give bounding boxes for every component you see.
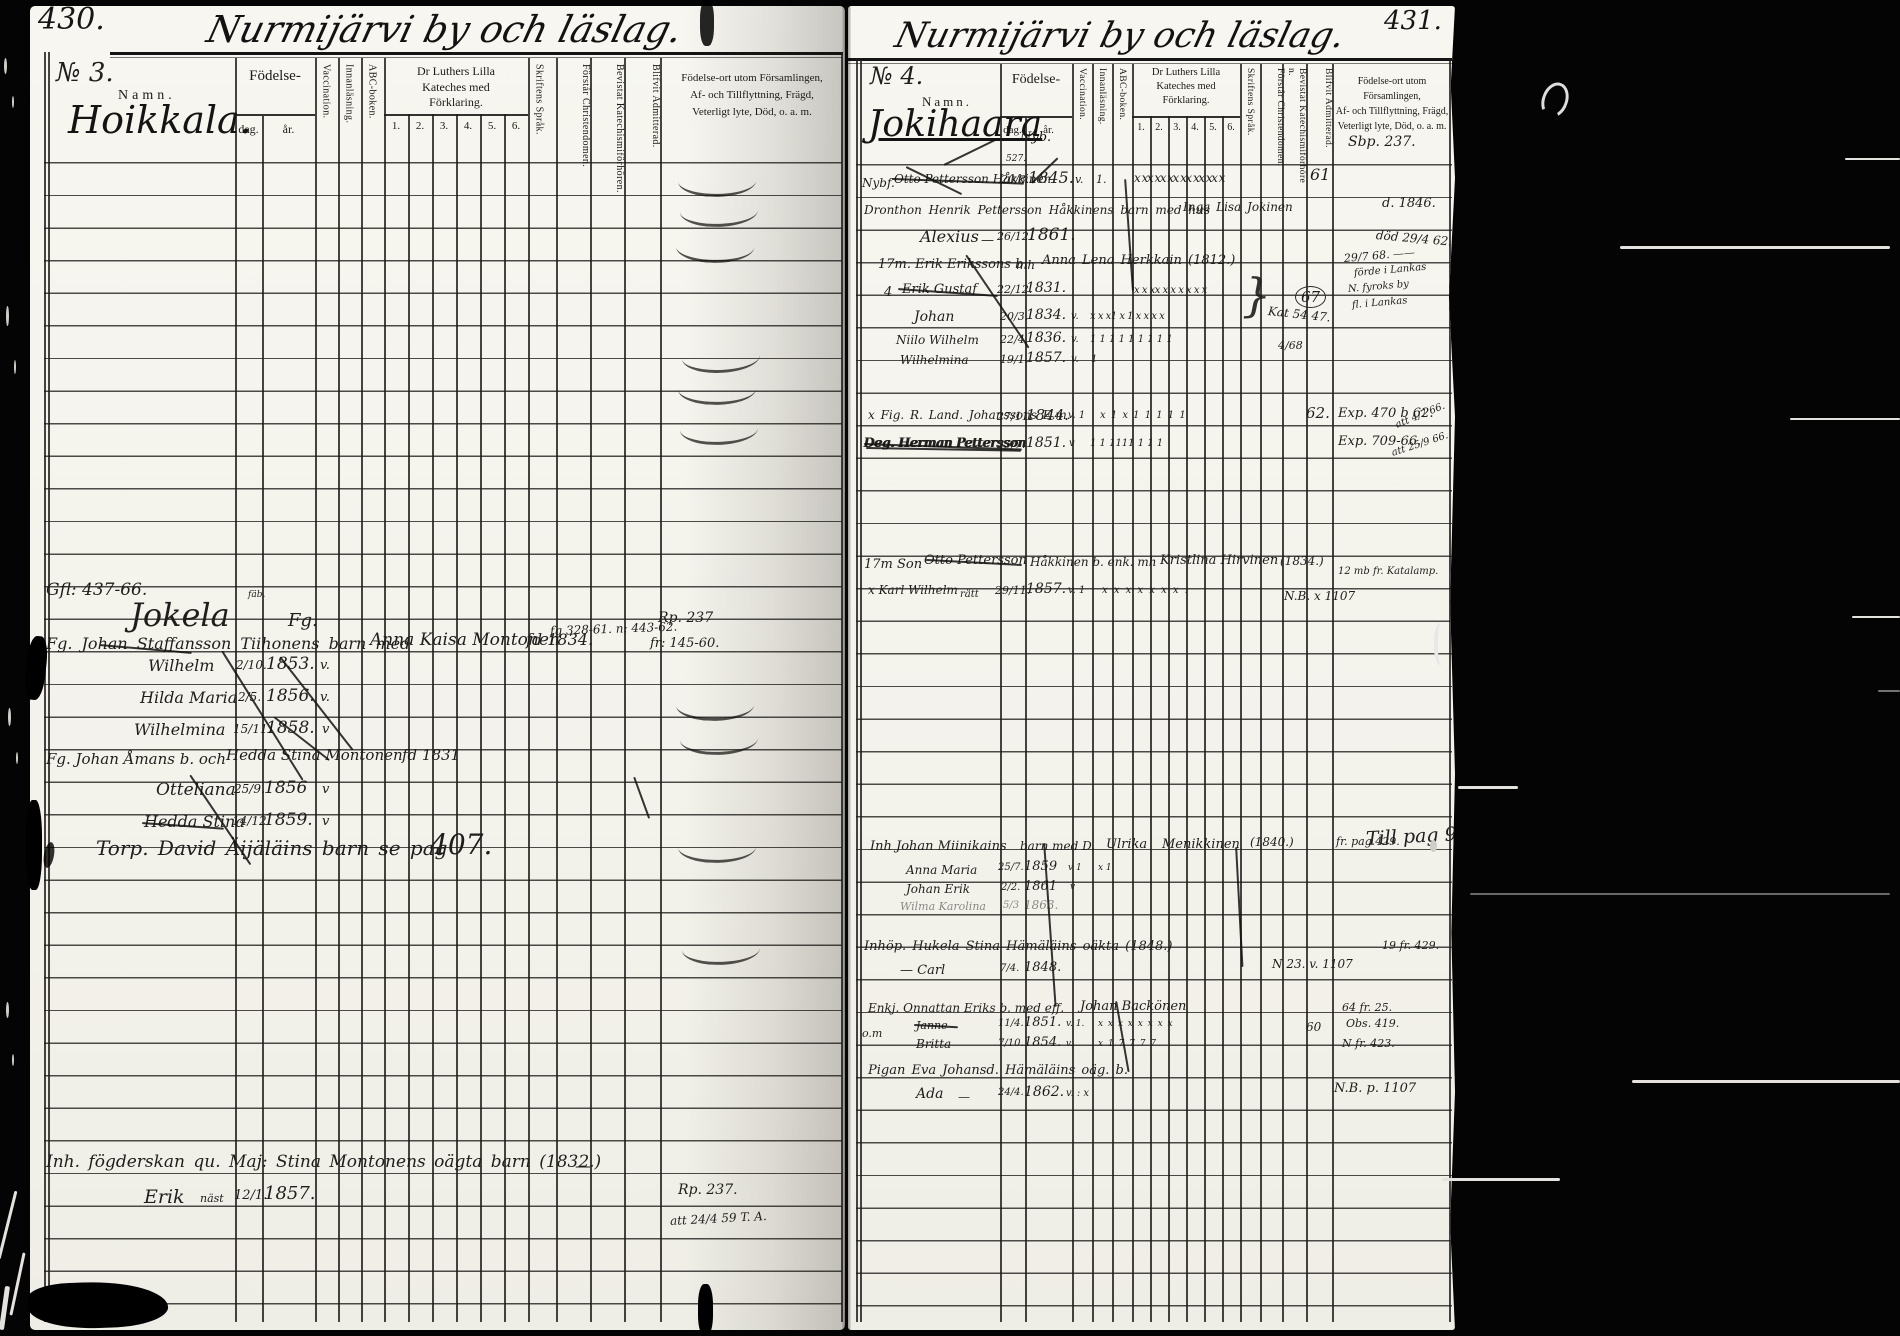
handwritten-entry: — bbox=[981, 233, 994, 248]
column-line bbox=[1332, 64, 1334, 1322]
handwritten-entry: fr: 145-60. bbox=[650, 636, 719, 651]
column-line bbox=[1260, 64, 1262, 1322]
fodelse-divider bbox=[1000, 116, 1072, 118]
handwritten-entry: v 1 bbox=[1068, 863, 1082, 873]
handwritten-entry: v bbox=[322, 814, 329, 829]
handwritten-entry: Niilo Wilhelm bbox=[896, 333, 979, 347]
handwritten-entry: Inh Johan Miinikains bbox=[870, 839, 1007, 854]
handwritten-entry: Johan bbox=[914, 309, 954, 325]
katekes-col-3: 3. bbox=[1168, 122, 1186, 133]
scratch-bracket bbox=[1434, 622, 1450, 666]
scratch bbox=[1845, 158, 1900, 160]
speck bbox=[4, 58, 7, 74]
fodelseort-line: Veterligt lyte, Död, o. a. m. bbox=[662, 104, 842, 121]
page-number-left: 430. bbox=[38, 2, 105, 37]
handwritten-entry: Rp. 237. bbox=[678, 1182, 738, 1198]
handwritten-entry: 1 1 1 1 1 1 1 1 1 bbox=[1090, 334, 1173, 345]
handwritten-entry: x x x x x x x : bbox=[1102, 585, 1188, 596]
handwritten-entry: x 1 bbox=[1098, 863, 1112, 873]
handwritten-entry: Ulrika bbox=[1106, 837, 1147, 852]
handwritten-entry: rätt bbox=[960, 589, 979, 600]
column-line bbox=[456, 114, 458, 1322]
scratch-curl bbox=[1537, 79, 1574, 122]
handwritten-entry: 7/4. bbox=[1000, 963, 1019, 974]
handwritten-entry: 527. bbox=[1006, 154, 1026, 164]
handwritten-entry: Sbp. 237. bbox=[1348, 134, 1416, 150]
katekes-line: Dr Luthers Lilla bbox=[1133, 66, 1239, 80]
handwritten-entry: v bbox=[322, 722, 329, 737]
katekes-line: Kateches med bbox=[1133, 80, 1239, 94]
handwritten-entry: Hedda Stina bbox=[144, 812, 245, 831]
handwritten-entry: v. : x bbox=[1066, 1088, 1089, 1099]
handwritten-entry: Fg. Johan Åmans b. och bbox=[46, 750, 226, 768]
handwritten-entry: Wilma Karolina bbox=[900, 900, 986, 913]
scratch bbox=[1458, 786, 1518, 789]
column-line bbox=[556, 58, 558, 1322]
handwritten-entry: v. 1 bbox=[1068, 585, 1085, 596]
handwritten-entry: Johan Erik bbox=[906, 882, 970, 896]
handwritten-entry: 1859 bbox=[1024, 859, 1057, 874]
handwritten-entry: 1856. bbox=[266, 686, 315, 706]
handwritten-entry: Dronthon Henrik Pettersson Håkkinens bar… bbox=[864, 203, 1210, 217]
handwritten-entry: 1848. bbox=[1024, 960, 1061, 975]
left-page: 430. Nurmijärvi by och läslag. № 3. Namn… bbox=[30, 6, 845, 1330]
column-line bbox=[432, 114, 434, 1322]
fodelseort-line: Födelse-ort utom Församlingen, bbox=[1334, 74, 1450, 104]
handwritten-entry: 1857. bbox=[1026, 581, 1066, 597]
handwritten-entry: d. 1846. bbox=[1382, 196, 1436, 211]
handwritten-entry: 1863. bbox=[1024, 898, 1058, 912]
page-title-right: Nurmijärvi by och läslag. bbox=[891, 16, 1349, 56]
speck bbox=[12, 96, 14, 108]
column-header-katekes: Dr Luthers Lilla Kateches med Förklaring… bbox=[1133, 66, 1239, 109]
handwritten-entry: 1862. bbox=[1024, 1084, 1064, 1100]
handwritten-entry: Inh. fögderskan qu. Maj: Stina Montonens… bbox=[46, 1152, 601, 1172]
column-line bbox=[1204, 116, 1206, 1322]
handwritten-entry: Jokela bbox=[130, 596, 230, 634]
handwritten-entry: mh bbox=[1016, 258, 1035, 272]
handwritten-entry: Johan Backönen bbox=[1080, 999, 1186, 1014]
handwritten-entry: 1851. bbox=[1024, 1015, 1061, 1030]
speck bbox=[8, 708, 11, 726]
handwritten-entry: fd 1831 bbox=[402, 746, 460, 764]
handwritten-entry: Inhöp. Hukela Stina Hämäläins oäkta (184… bbox=[864, 939, 1173, 954]
handwritten-entry: x Karl Wilhelm bbox=[868, 583, 958, 597]
fodelseort-line: Veterligt lyte, Död, o. a. m. bbox=[1334, 119, 1450, 134]
handwritten-entry: 1851. bbox=[1026, 435, 1066, 451]
handwritten-entry: Wilhelm bbox=[148, 656, 214, 675]
handwritten-entry: Menikkinen bbox=[1162, 837, 1240, 852]
fodelseort-line: Födelse-ort utom Församlingen, bbox=[662, 70, 842, 87]
column-header-fodelseort: Födelse-ort utom Församlingen, Af- och T… bbox=[662, 70, 842, 121]
speck bbox=[16, 752, 18, 764]
handwritten-entry: 2/10. bbox=[236, 658, 267, 672]
speck bbox=[14, 360, 16, 374]
handwritten-entry: 1859. bbox=[264, 810, 313, 830]
handwritten-entry: Wilhelmina bbox=[134, 720, 225, 739]
handwritten-entry: Håkkinen b. enk. mh bbox=[1030, 555, 1157, 569]
handwritten-entry: Enkj. Onnattan Eriks b. med eff. bbox=[868, 1001, 1064, 1015]
column-line bbox=[1222, 116, 1224, 1322]
handwritten-entry: 1861. bbox=[1027, 225, 1076, 245]
handwritten-entry: Kristlina Hirvinen bbox=[1160, 553, 1278, 568]
handwritten-entry: 17m Son bbox=[864, 557, 922, 572]
scratch bbox=[1878, 690, 1900, 692]
handwritten-entry: 1 1 1111 1 1 1 bbox=[1090, 438, 1163, 449]
handwritten-entry: barn med D. bbox=[1020, 839, 1095, 853]
column-line bbox=[528, 58, 530, 1322]
handwritten-entry: 19 fr. 429. bbox=[1382, 939, 1439, 952]
handwritten-entry: x 1 7 7 7 7 bbox=[1098, 1039, 1156, 1049]
katekes-line: Kateches med bbox=[386, 80, 526, 96]
column-header-fodelse: Födelse- bbox=[235, 68, 315, 85]
column-line bbox=[1306, 64, 1308, 1322]
scratch bbox=[1442, 1178, 1560, 1181]
handwritten-entry: Wilhelmina bbox=[900, 353, 969, 367]
column-line bbox=[1168, 116, 1170, 1322]
column-line bbox=[590, 58, 592, 1322]
handwritten-entry: x x x x x x x x bbox=[1098, 1019, 1173, 1029]
right-page: 431. Nurmijärvi by och läslag. № 4. Namn… bbox=[848, 6, 1455, 1330]
column-line bbox=[361, 58, 363, 1322]
scratch bbox=[1632, 1080, 1900, 1083]
handwritten-entry: 1831. bbox=[1026, 280, 1066, 296]
katekes-col-4: 4. bbox=[1186, 122, 1204, 133]
ink-blob bbox=[26, 800, 42, 890]
column-line bbox=[1282, 64, 1284, 1322]
handwritten-entry: 12 mb fr. Katalamp. bbox=[1338, 566, 1438, 577]
binding-gutter bbox=[842, 6, 851, 1330]
fodelse-divider bbox=[235, 114, 315, 116]
handwritten-entry: 407. bbox=[430, 828, 492, 861]
handwritten-entry: o.m bbox=[862, 1027, 882, 1040]
column-line bbox=[1025, 118, 1027, 1322]
handwritten-entry: Hilda Maria bbox=[140, 688, 237, 707]
column-line bbox=[856, 58, 858, 1322]
column-line bbox=[315, 58, 317, 1322]
handwritten-entry: 29/11. bbox=[995, 584, 1030, 597]
handwritten-entry: 1857. bbox=[264, 1183, 316, 1204]
handwritten-entry: Erik bbox=[144, 1186, 185, 1208]
handwritten-entry: 17m. Erik Erikssons b. bbox=[878, 257, 1028, 272]
handwritten-entry: x 1 x 1 1 1 1 1 bbox=[1100, 410, 1186, 421]
handwritten-entry: 24/4. bbox=[998, 1087, 1024, 1098]
gutter-shadow-top bbox=[700, 0, 714, 46]
column-line bbox=[384, 58, 386, 1322]
column-line bbox=[660, 58, 662, 1322]
handwritten-entry: — Carl bbox=[900, 963, 945, 978]
scratch bbox=[1620, 246, 1890, 249]
handwritten-entry: v. bbox=[1071, 311, 1079, 322]
handwritten-entry: 67 bbox=[1295, 286, 1326, 308]
handwritten-entry: Ada bbox=[916, 1086, 943, 1102]
katekes-col-1: 1. bbox=[1132, 122, 1150, 133]
handwritten-entry: Pigan Eva Johansd. Hämäläins oäg. b. bbox=[868, 1063, 1128, 1078]
handwritten-entry: (1834.) bbox=[1280, 554, 1324, 568]
handwritten-entry: 1. bbox=[1096, 173, 1107, 186]
speck bbox=[6, 306, 9, 326]
handwritten-entry: v. bbox=[1066, 1039, 1073, 1049]
handwritten-entry: N.B. x 1107 bbox=[1284, 589, 1355, 603]
handwritten-entry: x xx xx xx xx xx xx x bbox=[1134, 171, 1224, 185]
speck bbox=[6, 1002, 9, 1018]
column-line bbox=[1186, 116, 1188, 1322]
handwritten-entry: 1 bbox=[1091, 354, 1097, 365]
fodelseort-line: Af- och Tillflyttning, Frägd, bbox=[1334, 104, 1450, 119]
katekes-line: Förklaring. bbox=[1133, 94, 1239, 108]
handwritten-entry: 1856 bbox=[264, 778, 307, 798]
scratch bbox=[0, 1191, 17, 1260]
katekes-col-2: 2. bbox=[1150, 122, 1168, 133]
handwritten-entry: Obs. 419. bbox=[1346, 1017, 1399, 1030]
handwritten-entry: N fr. 423. bbox=[1342, 1037, 1395, 1050]
handwritten-entry: 1844. bbox=[1026, 406, 1069, 424]
speck bbox=[1430, 840, 1437, 852]
scratch bbox=[9, 1252, 25, 1315]
handwritten-entry: 1861 bbox=[1024, 879, 1057, 894]
katekes-col-5: 5. bbox=[1204, 122, 1222, 133]
handwritten-entry: fäb. bbox=[248, 590, 265, 600]
handwritten-entry: 1834. bbox=[1026, 307, 1066, 323]
handwritten-entry: — bbox=[958, 1090, 970, 1104]
handwritten-entry: N 23. v. 1107 bbox=[1272, 957, 1353, 971]
column-line bbox=[480, 114, 482, 1322]
handwritten-entry: Nybf. bbox=[862, 176, 895, 190]
handwritten-entry: 25/9. bbox=[234, 782, 265, 796]
handwritten-entry: v. bbox=[320, 690, 330, 705]
handwritten-entry: 60 bbox=[1306, 1020, 1321, 1034]
handwritten-entry: v. bbox=[1071, 334, 1079, 345]
handwritten-entry: 25/7. bbox=[998, 862, 1024, 873]
handwritten-entry: — bbox=[575, 1156, 591, 1175]
scratch bbox=[1470, 893, 1890, 895]
handwritten-entry: v bbox=[1070, 882, 1075, 892]
handwritten-entry: 11/4. bbox=[998, 1018, 1024, 1029]
column-line bbox=[504, 114, 506, 1322]
handwritten-entry: 7/10. bbox=[998, 1038, 1024, 1049]
handwritten-entry: N.B. p. 1107 bbox=[1334, 1081, 1416, 1096]
handwritten-entry: 1857. bbox=[1026, 350, 1066, 366]
column-line bbox=[44, 52, 46, 1322]
handwritten-entry: (1840.) bbox=[1250, 835, 1294, 849]
handwritten-entry: Inga Lisa Jokinen bbox=[1183, 200, 1293, 214]
column-header-fodelseort: Födelse-ort utom Församlingen, Af- och T… bbox=[1334, 74, 1450, 134]
column-line bbox=[624, 58, 626, 1322]
handwritten-entry: 62. bbox=[1306, 404, 1330, 422]
handwritten-entry: v bbox=[1069, 438, 1075, 449]
handwritten-entry: 5/3 bbox=[1003, 900, 1019, 911]
handwritten-entry: v. bbox=[1075, 173, 1083, 186]
gutter-shadow-bottom bbox=[698, 1284, 713, 1336]
column-line bbox=[1150, 116, 1152, 1322]
handwritten-entry: Anna Lena Herkkain (1812.) bbox=[1042, 253, 1235, 268]
column-header-fodelse: Födelse- bbox=[1000, 72, 1072, 88]
handwritten-entry: 4/68 bbox=[1278, 339, 1303, 352]
title-rule bbox=[848, 58, 1452, 64]
column-number: № 4. bbox=[870, 62, 923, 90]
handwritten-entry: 4 bbox=[884, 285, 892, 300]
katekes-line: Förklaring. bbox=[386, 95, 526, 111]
katekes-line: Dr Luthers Lilla bbox=[386, 64, 526, 80]
handwritten-entry: näst bbox=[200, 1192, 224, 1205]
handwritten-entry: 19/1. bbox=[1000, 353, 1028, 366]
column-line bbox=[48, 52, 50, 1322]
katekes-col-6: 6. bbox=[1222, 122, 1240, 133]
handwritten-entry: Torp. David Äijäläins barn se pag bbox=[96, 836, 447, 860]
scratch bbox=[0, 1286, 10, 1330]
handwritten-entry: Fg. bbox=[288, 610, 318, 631]
handwritten-entry: v. bbox=[320, 658, 330, 673]
page-title-left: Nurmijärvi by och läslag. bbox=[203, 8, 687, 51]
page-number-right: 431. bbox=[1384, 6, 1442, 36]
column-number: № 3. bbox=[56, 58, 114, 88]
handwritten-entry: 2/2. bbox=[1001, 882, 1020, 893]
handwritten-entry: v. bbox=[1071, 354, 1079, 365]
handwritten-entry: Anna Maria bbox=[906, 863, 977, 877]
column-line bbox=[408, 114, 410, 1322]
column-line bbox=[860, 58, 862, 1322]
handwritten-entry: v. 1 bbox=[1068, 410, 1085, 421]
handwritten-entry: x x xx x x x x x x bbox=[1134, 285, 1207, 296]
scratch bbox=[1852, 616, 1900, 618]
column-header-katekes: Dr Luthers Lilla Kateches med Förklaring… bbox=[386, 64, 526, 111]
handwritten-entry: 1836. bbox=[1026, 330, 1066, 346]
column-line bbox=[1240, 64, 1242, 1322]
scratch bbox=[1790, 418, 1900, 420]
column-line bbox=[1000, 64, 1002, 1322]
handwritten-entry: Britta bbox=[916, 1037, 951, 1051]
handwritten-entry: Alexius bbox=[920, 227, 979, 246]
scanned-parish-register: 430. Nurmijärvi by och läslag. № 3. Namn… bbox=[0, 0, 1900, 1336]
handwritten-entry: 61 bbox=[1310, 165, 1330, 184]
handwritten-entry: 12/1. bbox=[234, 1188, 267, 1203]
column-line bbox=[338, 58, 340, 1322]
title-rule bbox=[110, 52, 843, 58]
fodelseort-line: Af- och Tillflyttning, Frägd, bbox=[662, 87, 842, 104]
handwritten-entry: v bbox=[322, 782, 329, 797]
speck bbox=[12, 1054, 14, 1066]
handwritten-entry: v. 1. bbox=[1066, 1019, 1084, 1029]
handwritten-entry: x x x1 x 1 x x x x bbox=[1090, 311, 1164, 322]
handwritten-entry: 1854. bbox=[1024, 1035, 1061, 1050]
handwritten-entry: 64 fr. 25. bbox=[1342, 1001, 1392, 1014]
